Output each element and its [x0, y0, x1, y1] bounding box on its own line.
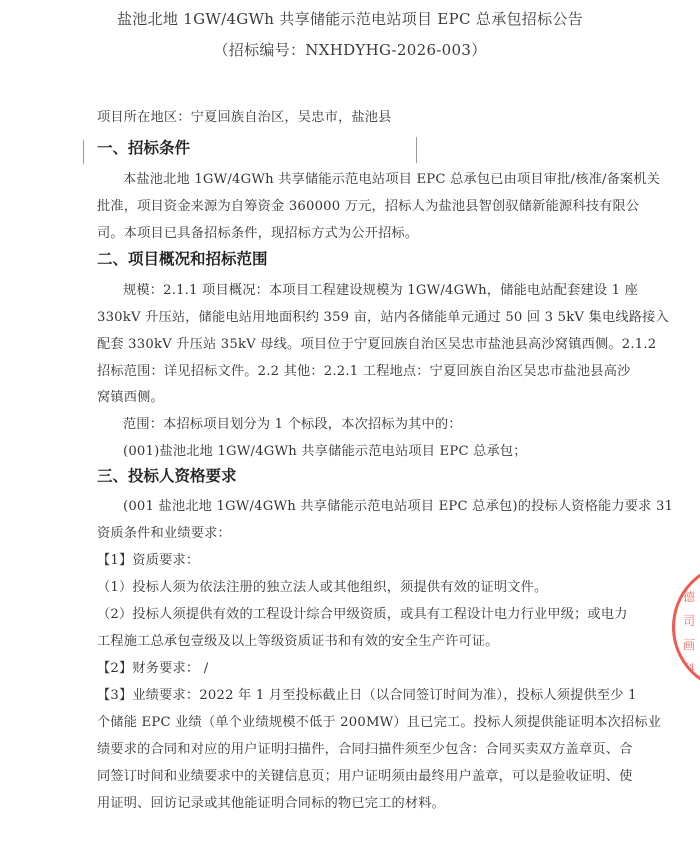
paragraph-line: 招标范围：详见招标文件。2.2 其他：2.2.1 工程地点：宁夏回族自治区吴忠市… [97, 360, 617, 379]
paragraph-line: （1）投标人须为依法注册的独立法人或其他组织，须提供有效的证明文件。 [97, 576, 617, 595]
paragraph-line: 【3】业绩要求：2022 年 1 月至投标截止日（以合同签订时间为准），投标人须… [97, 684, 617, 703]
paragraph-line: 【1】资质要求： [97, 549, 617, 568]
paragraph-line: 资质条件和业绩要求： [97, 522, 617, 541]
paragraph-line: 同签订时间和业绩要求中的关键信息页；用户证明须由最终用户盖章，可以是验收证明、使 [97, 765, 617, 784]
paragraph-line: 范围：本招标项目划分为 1 个标段，本次招标为其中的： [123, 413, 643, 432]
seal-text: 德 司 画 科 [683, 585, 700, 681]
paragraph-line: 330kV 升压站，储能电站用地面积约 359 亩，站内各储能单元通过 50 回… [97, 306, 617, 325]
section-heading-2: 二、项目概况和招标范围 [97, 247, 268, 269]
paragraph-line: 工程施工总承包壹级及以上等级资质证书和有效的安全生产许可证。 [97, 630, 617, 649]
document-page: 盐池北地 1GW/4GWh 共享储能示范电站项目 EPC 总承包招标公告 （招标… [0, 0, 700, 842]
paragraph-line: 配套 330kV 升压站 35kV 母线。项目位于宁夏回族自治区吴忠市盐池县高沙… [97, 333, 617, 352]
paragraph-line: (001)盐池北地 1GW/4GWh 共享储能示范电站项目 EPC 总承包； [123, 440, 643, 459]
paragraph-line: 【2】财务要求： / [97, 657, 617, 676]
scan-vertical-mark [416, 137, 417, 163]
paragraph-line: 用证明、回访记录或其他能证明合同标的物已完工的材料。 [97, 792, 617, 811]
tender-number: （招标编号：NXHDYHG-2026-003） [0, 39, 700, 60]
project-location: 项目所在地区：宁夏回族自治区，吴忠市，盐池县 [97, 106, 617, 125]
paragraph-line: （2）投标人须提供有效的工程设计综合甲级资质，或具有工程设计电力行业甲级；或电力 [97, 603, 617, 622]
paragraph-line: 个储能 EPC 业绩（单个业绩规模不低于 200MW）且已完工。投标人须提供能证… [97, 711, 617, 730]
section-heading-3: 三、投标人资格要求 [97, 464, 237, 486]
document-title: 盐池北地 1GW/4GWh 共享储能示范电站项目 EPC 总承包招标公告 [0, 8, 700, 29]
scan-margin-mark [83, 140, 84, 164]
paragraph-line: (001 盐池北地 1GW/4GWh 共享储能示范电站项目 EPC 总承包)的投… [123, 495, 643, 514]
paragraph-line: 批准，项目资金来源为自筹资金 360000 万元，招标人为盐池县智创驭储新能源科… [97, 195, 617, 214]
paragraph-line: 司。本项目已具备招标条件，现招标方式为公开招标。 [97, 222, 617, 241]
paragraph-line: 窝镇西侧。 [97, 386, 617, 405]
paragraph-line: 本盐池北地 1GW/4GWh 共享储能示范电站项目 EPC 总承包已由项目审批/… [123, 168, 617, 187]
paragraph-line: 绩要求的合同和对应的用户证明扫描件，合同扫描件须至少包含：合同买卖双方盖章页、合 [97, 738, 617, 757]
section-heading-1: 一、招标条件 [97, 136, 190, 158]
paragraph-line: 规模：2.1.1 项目概况：本项目工程建设规模为 1GW/4GWh，储能电站配套… [123, 279, 643, 298]
company-seal-stamp: 德 司 画 科 [672, 562, 700, 692]
